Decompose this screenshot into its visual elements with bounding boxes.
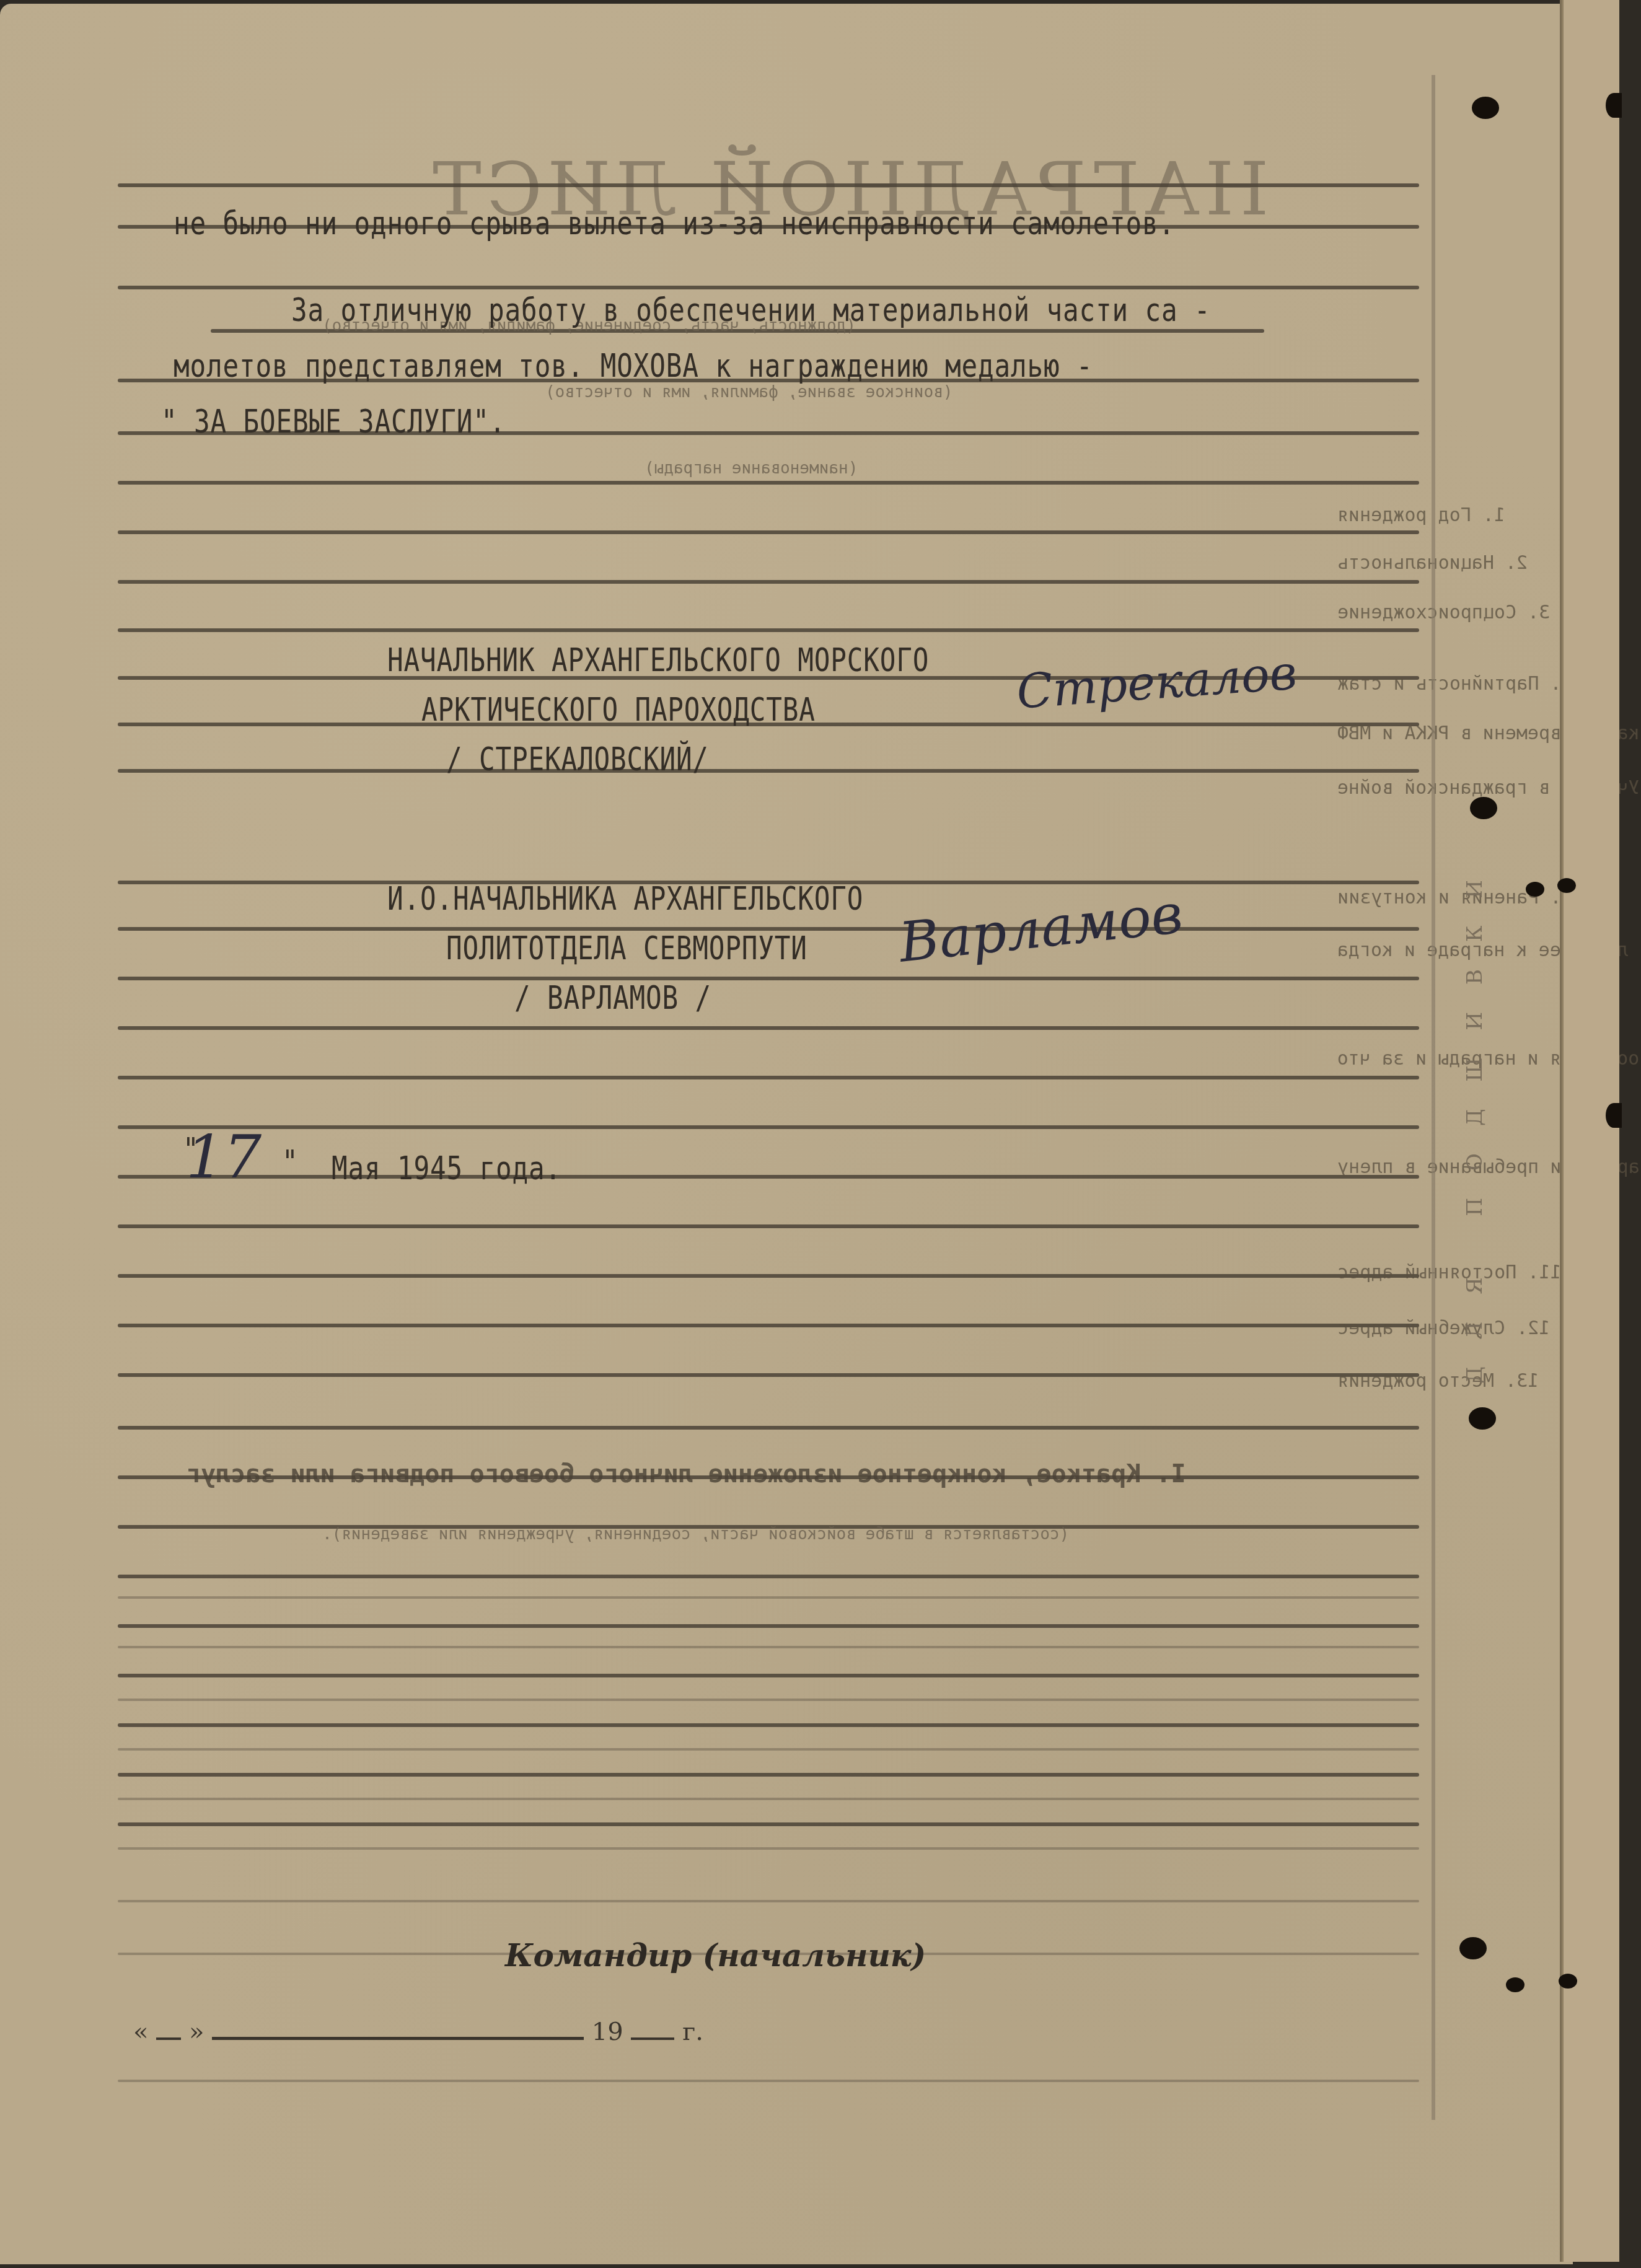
- body-line-2: За отличную работу в обеспечении материа…: [291, 292, 1211, 329]
- signatory-1-title-line-2: АРКТИЧЕСКОГО ПАРОХОДСТВА: [421, 692, 816, 729]
- ruled-line-faint: [118, 1748, 1419, 1751]
- ruled-line: [118, 1224, 1419, 1228]
- ruled-line: [118, 1426, 1419, 1430]
- ruled-line: [118, 1125, 1419, 1129]
- ruled-line: [118, 769, 1419, 773]
- ruled-line-faint: [118, 1798, 1419, 1800]
- form-label-1: 1. Год рождения: [1337, 504, 1505, 526]
- footer-date-close-quote: »: [189, 2018, 204, 2046]
- ruled-line: [118, 1175, 1419, 1179]
- ruled-line: [118, 628, 1419, 632]
- document-page: НАГРАДНОЙ ЛИСТ не было ни одного срыва в…: [0, 4, 1573, 2264]
- punch-hole: [1606, 1103, 1622, 1128]
- section-heading-mirrored: I. Краткое, конкретное изложение личного…: [186, 1460, 1186, 1488]
- signatory-1-name: / СТРЕКАЛОВСКИЙ/: [446, 741, 709, 778]
- punch-hole: [1557, 878, 1576, 893]
- body-line-1: не было ни одного срыва вылета из-за неи…: [174, 205, 1175, 242]
- ruled-line-faint: [118, 1699, 1419, 1701]
- signature-varlamov: Варламов: [896, 881, 1186, 974]
- ruled-line: [118, 1274, 1419, 1278]
- body-line-4-medal-name: " ЗА БОЕВЫЕ ЗАСЛУГИ".: [161, 403, 506, 441]
- signatory-2-title-line-1: И.О.НАЧАЛЬНИКА АРХАНГЕЛЬСКОГО: [387, 881, 863, 918]
- form-label-4: 4. Партийность и стаж: [1337, 673, 1572, 695]
- body-line-3: молетов представляем тов. МОХОВА к награ…: [174, 348, 1093, 385]
- footer-date-year-suffix: г.: [682, 2018, 703, 2046]
- footer-date-year-prefix: 19: [592, 2018, 623, 2046]
- signatory-2-title-line-2: ПОЛИТОТДЕЛА СЕВМОРПУТИ: [446, 930, 807, 967]
- ruled-line: [118, 977, 1419, 980]
- caption-under-line-4: (наименование награды): [645, 459, 858, 478]
- date-close-quote: ": [282, 1144, 298, 1181]
- ruled-line: [118, 183, 1419, 187]
- signature-strekalovsky: Стрекалов: [1014, 644, 1298, 719]
- ruled-line: [118, 286, 1419, 289]
- caption-under-line-3: (воинское звание, фамилия, имя и отчеств…: [545, 383, 952, 402]
- date-day-handwritten: 17: [186, 1122, 262, 1192]
- signatory-2-name: / ВАРЛАМОВ /: [514, 980, 711, 1017]
- punch-hole: [1526, 882, 1544, 897]
- paper-flap: [1562, 0, 1619, 2262]
- ruled-line: [118, 1076, 1419, 1079]
- ruled-line-faint: [118, 1847, 1419, 1850]
- ruled-line: [118, 1575, 1419, 1578]
- ruled-line: [118, 1624, 1419, 1628]
- ruled-line: [118, 580, 1419, 584]
- form-label-3: 3. Соцпроисхождение: [1337, 602, 1550, 623]
- punch-hole: [1470, 797, 1497, 819]
- ruled-line: [118, 1373, 1419, 1377]
- commander-label: Командир (начальник): [505, 1937, 926, 1974]
- ruled-line: [118, 1324, 1419, 1327]
- ruled-line: [118, 1026, 1419, 1030]
- ruled-line: [118, 1773, 1419, 1777]
- ruled-line: [118, 1822, 1419, 1826]
- form-label-13: 13. Место рождения: [1337, 1370, 1539, 1392]
- margin-border-line: [1432, 75, 1435, 2120]
- punch-hole: [1472, 97, 1499, 119]
- ruled-line-faint: [118, 1900, 1419, 1902]
- punch-hole: [1459, 1937, 1487, 1959]
- punch-hole: [1506, 1977, 1524, 1992]
- date-text: Мая 1945 года.: [332, 1150, 561, 1187]
- ruled-line-faint: [118, 1646, 1419, 1648]
- footer-date-open-quote: «: [133, 2018, 148, 2046]
- ruled-line: [118, 1674, 1419, 1677]
- ruled-line: [118, 1723, 1419, 1727]
- margin-vertical-text: ДЛЯ ПОДШИВКИ: [1463, 853, 1487, 1384]
- punch-hole: [1606, 93, 1622, 118]
- ruled-line: [118, 530, 1419, 534]
- ruled-line: [118, 481, 1419, 485]
- signatory-1-title-line-1: НАЧАЛЬНИК АРХАНГЕЛЬСКОГО МОРСКОГО: [387, 642, 929, 679]
- ruled-line-faint: [118, 1596, 1419, 1599]
- punch-hole: [1559, 1974, 1577, 1989]
- punch-hole: [1469, 1407, 1496, 1430]
- form-label-12: 12. Служебный адрес: [1337, 1317, 1550, 1339]
- form-label-11: 11. Постоянный адрес: [1337, 1262, 1561, 1283]
- ruled-line-faint: [118, 2080, 1419, 2082]
- section-caption-mirrored: (составляется в штабе войсковой части, с…: [322, 1525, 1069, 1544]
- footer-date-line: « » 19 г.: [133, 2018, 703, 2046]
